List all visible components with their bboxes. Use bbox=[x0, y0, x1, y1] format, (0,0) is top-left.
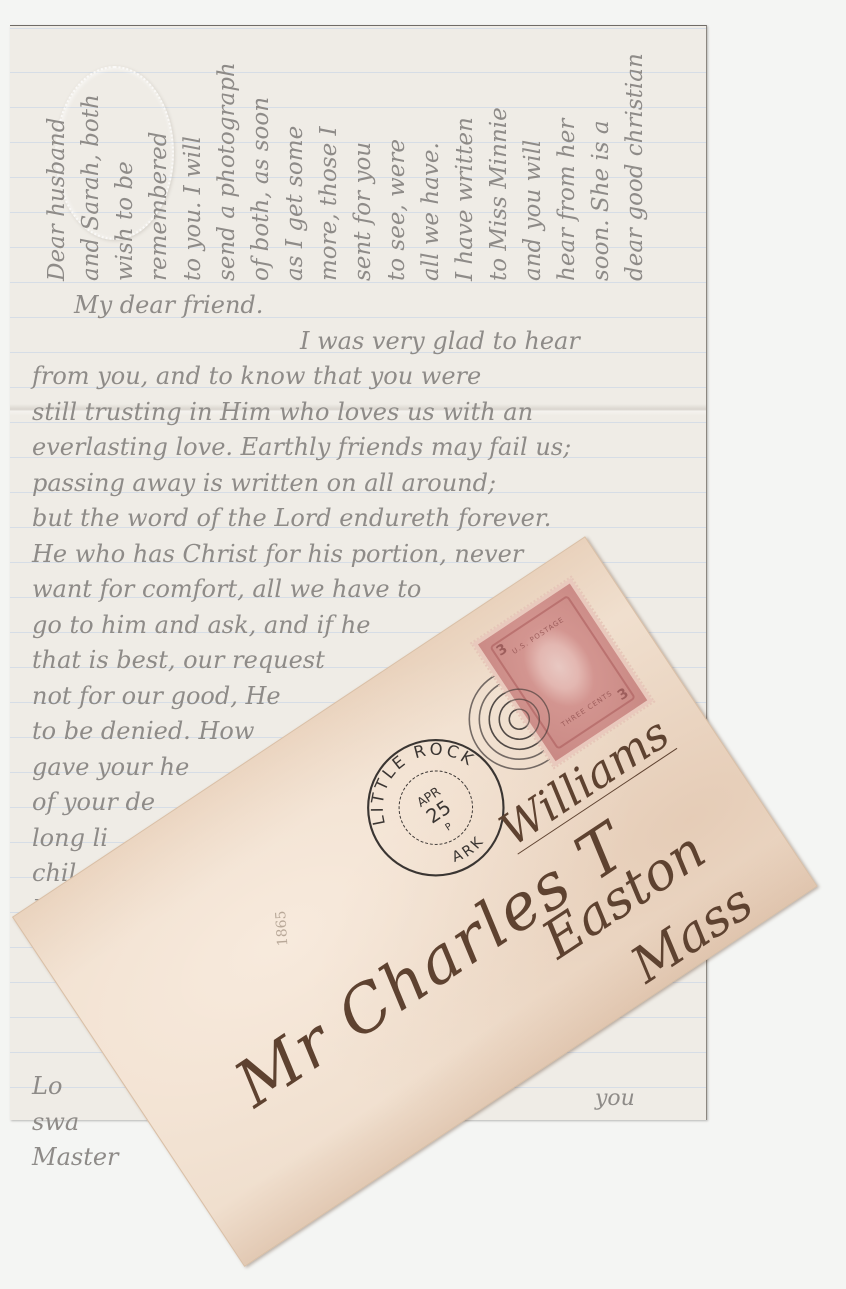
margin-note-line: more, those I bbox=[312, 53, 346, 281]
margin-note-line: Dear husband bbox=[40, 53, 74, 281]
margin-note-line: all we have. bbox=[414, 53, 448, 281]
margin-note-line: I have written bbox=[448, 53, 482, 281]
margin-note-line: to see, were bbox=[380, 53, 414, 281]
letter-line: still trusting in Him who loves us with … bbox=[32, 395, 692, 431]
letter-fragment-right: you bbox=[595, 1086, 635, 1111]
margin-note-line: of both, as soon bbox=[244, 53, 278, 281]
margin-note-line: wish to be bbox=[108, 53, 142, 281]
addressee-title: Mr bbox=[223, 1005, 347, 1122]
svg-text:P: P bbox=[443, 821, 454, 833]
margin-note-line: dear good christian bbox=[618, 53, 652, 281]
margin-note-line: to you. I will bbox=[176, 53, 210, 281]
margin-note-vertical: Dear husbandand Sarah, bothwish to berem… bbox=[40, 53, 652, 281]
margin-note-line: as I get some bbox=[278, 53, 312, 281]
margin-note-line: to Miss Minnie bbox=[482, 53, 516, 281]
svg-text:LITTLE ROCK: LITTLE ROCK bbox=[344, 715, 483, 833]
margin-note-line: and Sarah, both bbox=[74, 53, 108, 281]
letter-line: passing away is written on all around; bbox=[32, 466, 692, 502]
letter-line: but the word of the Lord endureth foreve… bbox=[32, 501, 692, 537]
letter-line: I was very glad to hear bbox=[32, 324, 692, 360]
letter-line: from you, and to know that you were bbox=[32, 359, 692, 395]
margin-note-line: send a photograph bbox=[210, 53, 244, 281]
salutation: My dear friend. bbox=[32, 288, 692, 324]
svg-text:ARK: ARK bbox=[447, 830, 491, 868]
margin-note-line: remembered bbox=[142, 53, 176, 281]
margin-note-line: soon. She is a bbox=[584, 53, 618, 281]
margin-note-line: and you will bbox=[516, 53, 550, 281]
pencil-year-note: 1865 bbox=[273, 910, 291, 947]
letter-line: everlasting love. Earthly friends may fa… bbox=[32, 430, 692, 466]
margin-note-line: sent for you bbox=[346, 53, 380, 281]
margin-note-line: hear from her bbox=[550, 53, 584, 281]
